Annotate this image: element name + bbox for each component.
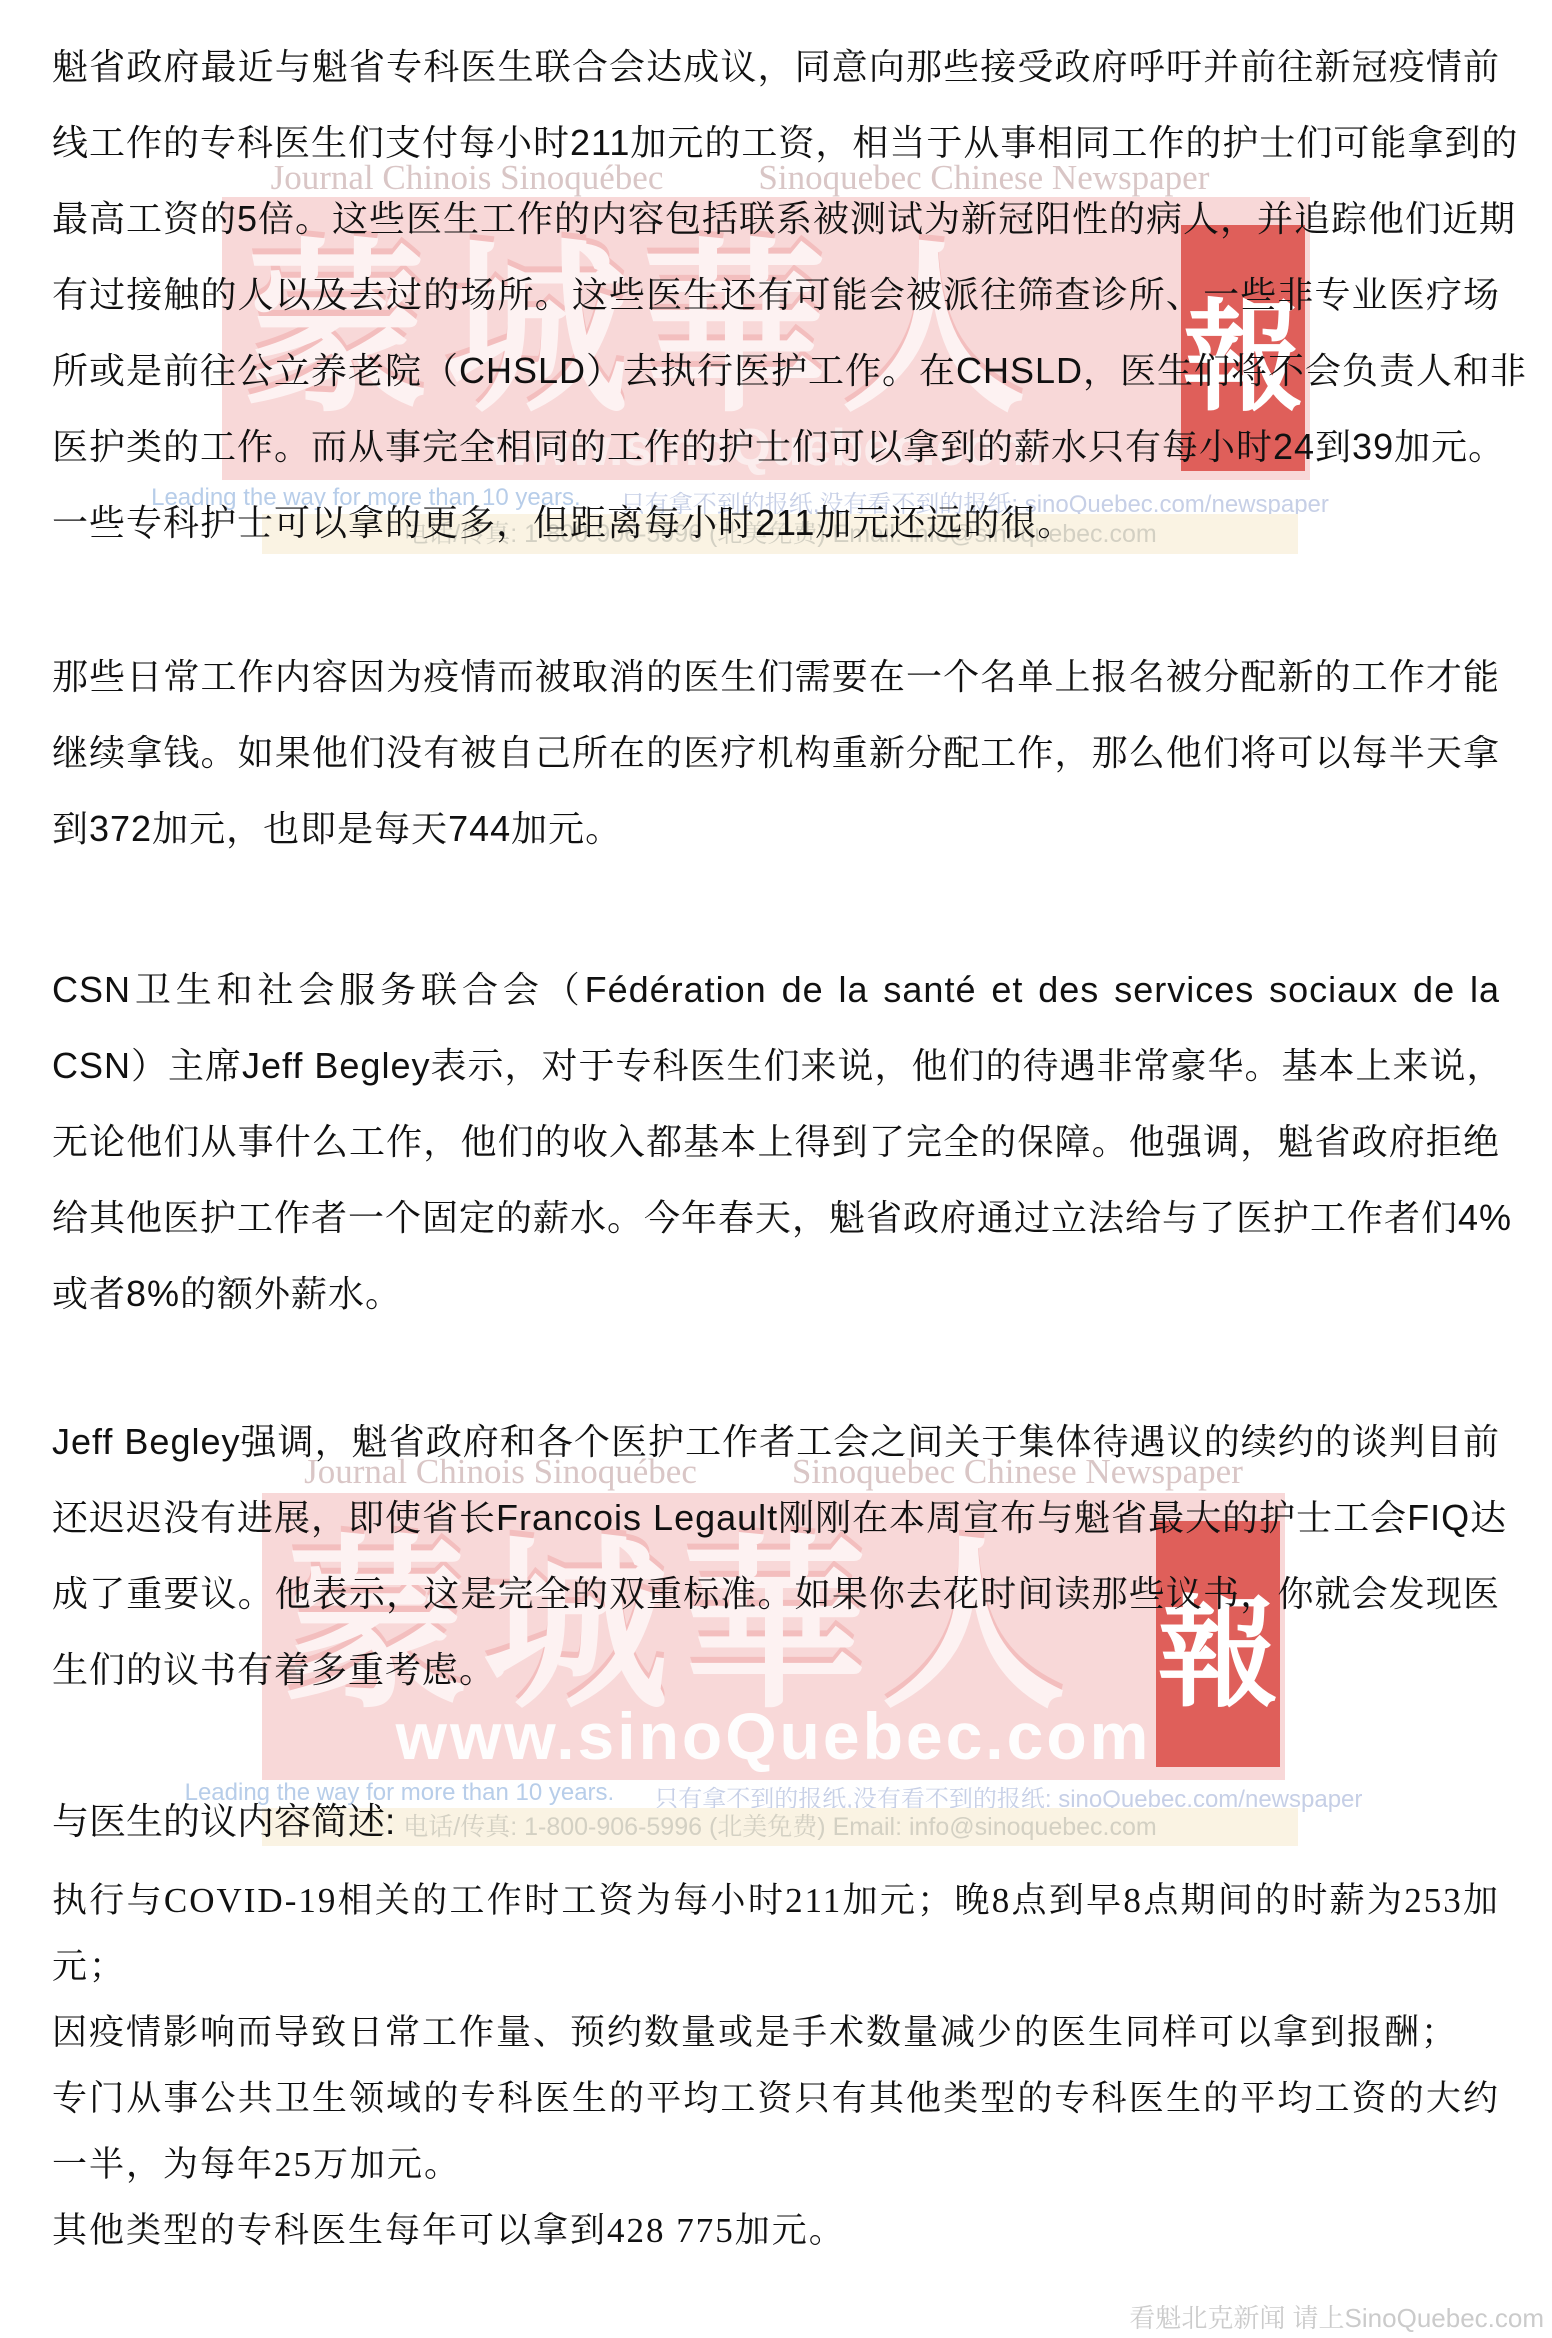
article-line: 成了重要议。他表示，这是完全的双重标准。如果你去花时间读那些议书，你就会发现医: [52, 1556, 1500, 1632]
article-line: 还迟迟没有进展，即使省长Francois Legault刚刚在本周宣布与魁省最大…: [52, 1480, 1500, 1556]
section-heading: 与医生的议内容简述:: [52, 1784, 1500, 1860]
paragraph-3: CSN卫生和社会服务联合会（Fédération de la santé et …: [52, 952, 1500, 1332]
footer-tagline: 看魁北克新闻 请上SinoQuebec.com: [1129, 2298, 1544, 2335]
list-item-line: 元；: [52, 1934, 1500, 2000]
summary-heading: 与医生的议内容简述:: [52, 1784, 1500, 1860]
list-item-line: 执行与COVID-19相关的工作时工资为每小时211加元；晚8点到早8点期间的时…: [52, 1868, 1500, 1934]
article-line: Jeff Begley强调，魁省政府和各个医护工作者工会之间关于集体待遇议的续约…: [52, 1404, 1500, 1480]
article-line: 一些专科护士可以拿的更多，但距离每小时211加元还远的很。: [52, 485, 1500, 561]
article-line: 无论他们从事什么工作，他们的收入都基本上得到了完全的保障。他强调，魁省政府拒绝: [52, 1104, 1500, 1180]
article-line: 那些日常工作内容因为疫情而被取消的医生们需要在一个名单上报名被分配新的工作才能: [52, 639, 1500, 715]
article-line: 所或是前往公立养老院（CHSLD）去执行医护工作。在CHSLD，医生们将不会负责…: [52, 333, 1500, 409]
paragraph-4: Jeff Begley强调，魁省政府和各个医护工作者工会之间关于集体待遇议的续约…: [52, 1404, 1500, 1708]
article-line: 医护类的工作。而从事完全相同的工作的护士们可以拿到的薪水只有每小时24到39加元…: [52, 409, 1500, 485]
article-line: 到372加元，也即是每天744加元。: [52, 791, 1500, 867]
article-line: 给其他医护工作者一个固定的薪水。今年春天，魁省政府通过立法给与了医护工作者们4%: [52, 1180, 1500, 1256]
list-item-line: 专门从事公共卫生领域的专科医生的平均工资只有其他类型的专科医生的平均工资的大约: [52, 2066, 1500, 2132]
list-item-line: 一半，为每年25万加元。: [52, 2132, 1500, 2198]
agreement-summary-list: 执行与COVID-19相关的工作时工资为每小时211加元；晚8点到早8点期间的时…: [52, 1868, 1500, 2264]
article-line: 魁省政府最近与魁省专科医生联合会达成议，同意向那些接受政府呼吁并前往新冠疫情前: [52, 29, 1500, 105]
paragraph-1: 魁省政府最近与魁省专科医生联合会达成议，同意向那些接受政府呼吁并前往新冠疫情前 …: [52, 29, 1500, 561]
list-item-line: 其他类型的专科医生每年可以拿到428 775加元。: [52, 2198, 1500, 2264]
article-line: 有过接触的人以及去过的场所。这些医生还有可能会被派往筛查诊所、一些非专业医疗场: [52, 257, 1500, 333]
list-item-line: 因疫情影响而导致日常工作量、预约数量或是手术数量减少的医生同样可以拿到报酬；: [52, 2000, 1500, 2066]
article-line: CSN卫生和社会服务联合会（Fédération de la santé et …: [52, 952, 1500, 1028]
paragraph-2: 那些日常工作内容因为疫情而被取消的医生们需要在一个名单上报名被分配新的工作才能 …: [52, 639, 1500, 867]
article-body: 魁省政府最近与魁省专科医生联合会达成议，同意向那些接受政府呼吁并前往新冠疫情前 …: [0, 0, 1552, 2264]
article-line: 或者8%的额外薪水。: [52, 1256, 1500, 1332]
article-line: CSN）主席Jeff Begley表示，对于专科医生们来说，他们的待遇非常豪华。…: [52, 1028, 1500, 1104]
article-line: 继续拿钱。如果他们没有被自己所在的医疗机构重新分配工作，那么他们将可以每半天拿: [52, 715, 1500, 791]
article-line: 最高工资的5倍。这些医生工作的内容包括联系被测试为新冠阳性的病人，并追踪他们近期: [52, 181, 1500, 257]
article-line: 生们的议书有着多重考虑。: [52, 1632, 1500, 1708]
article-line: 线工作的专科医生们支付每小时211加元的工资，相当于从事相同工作的护士们可能拿到…: [52, 105, 1500, 181]
